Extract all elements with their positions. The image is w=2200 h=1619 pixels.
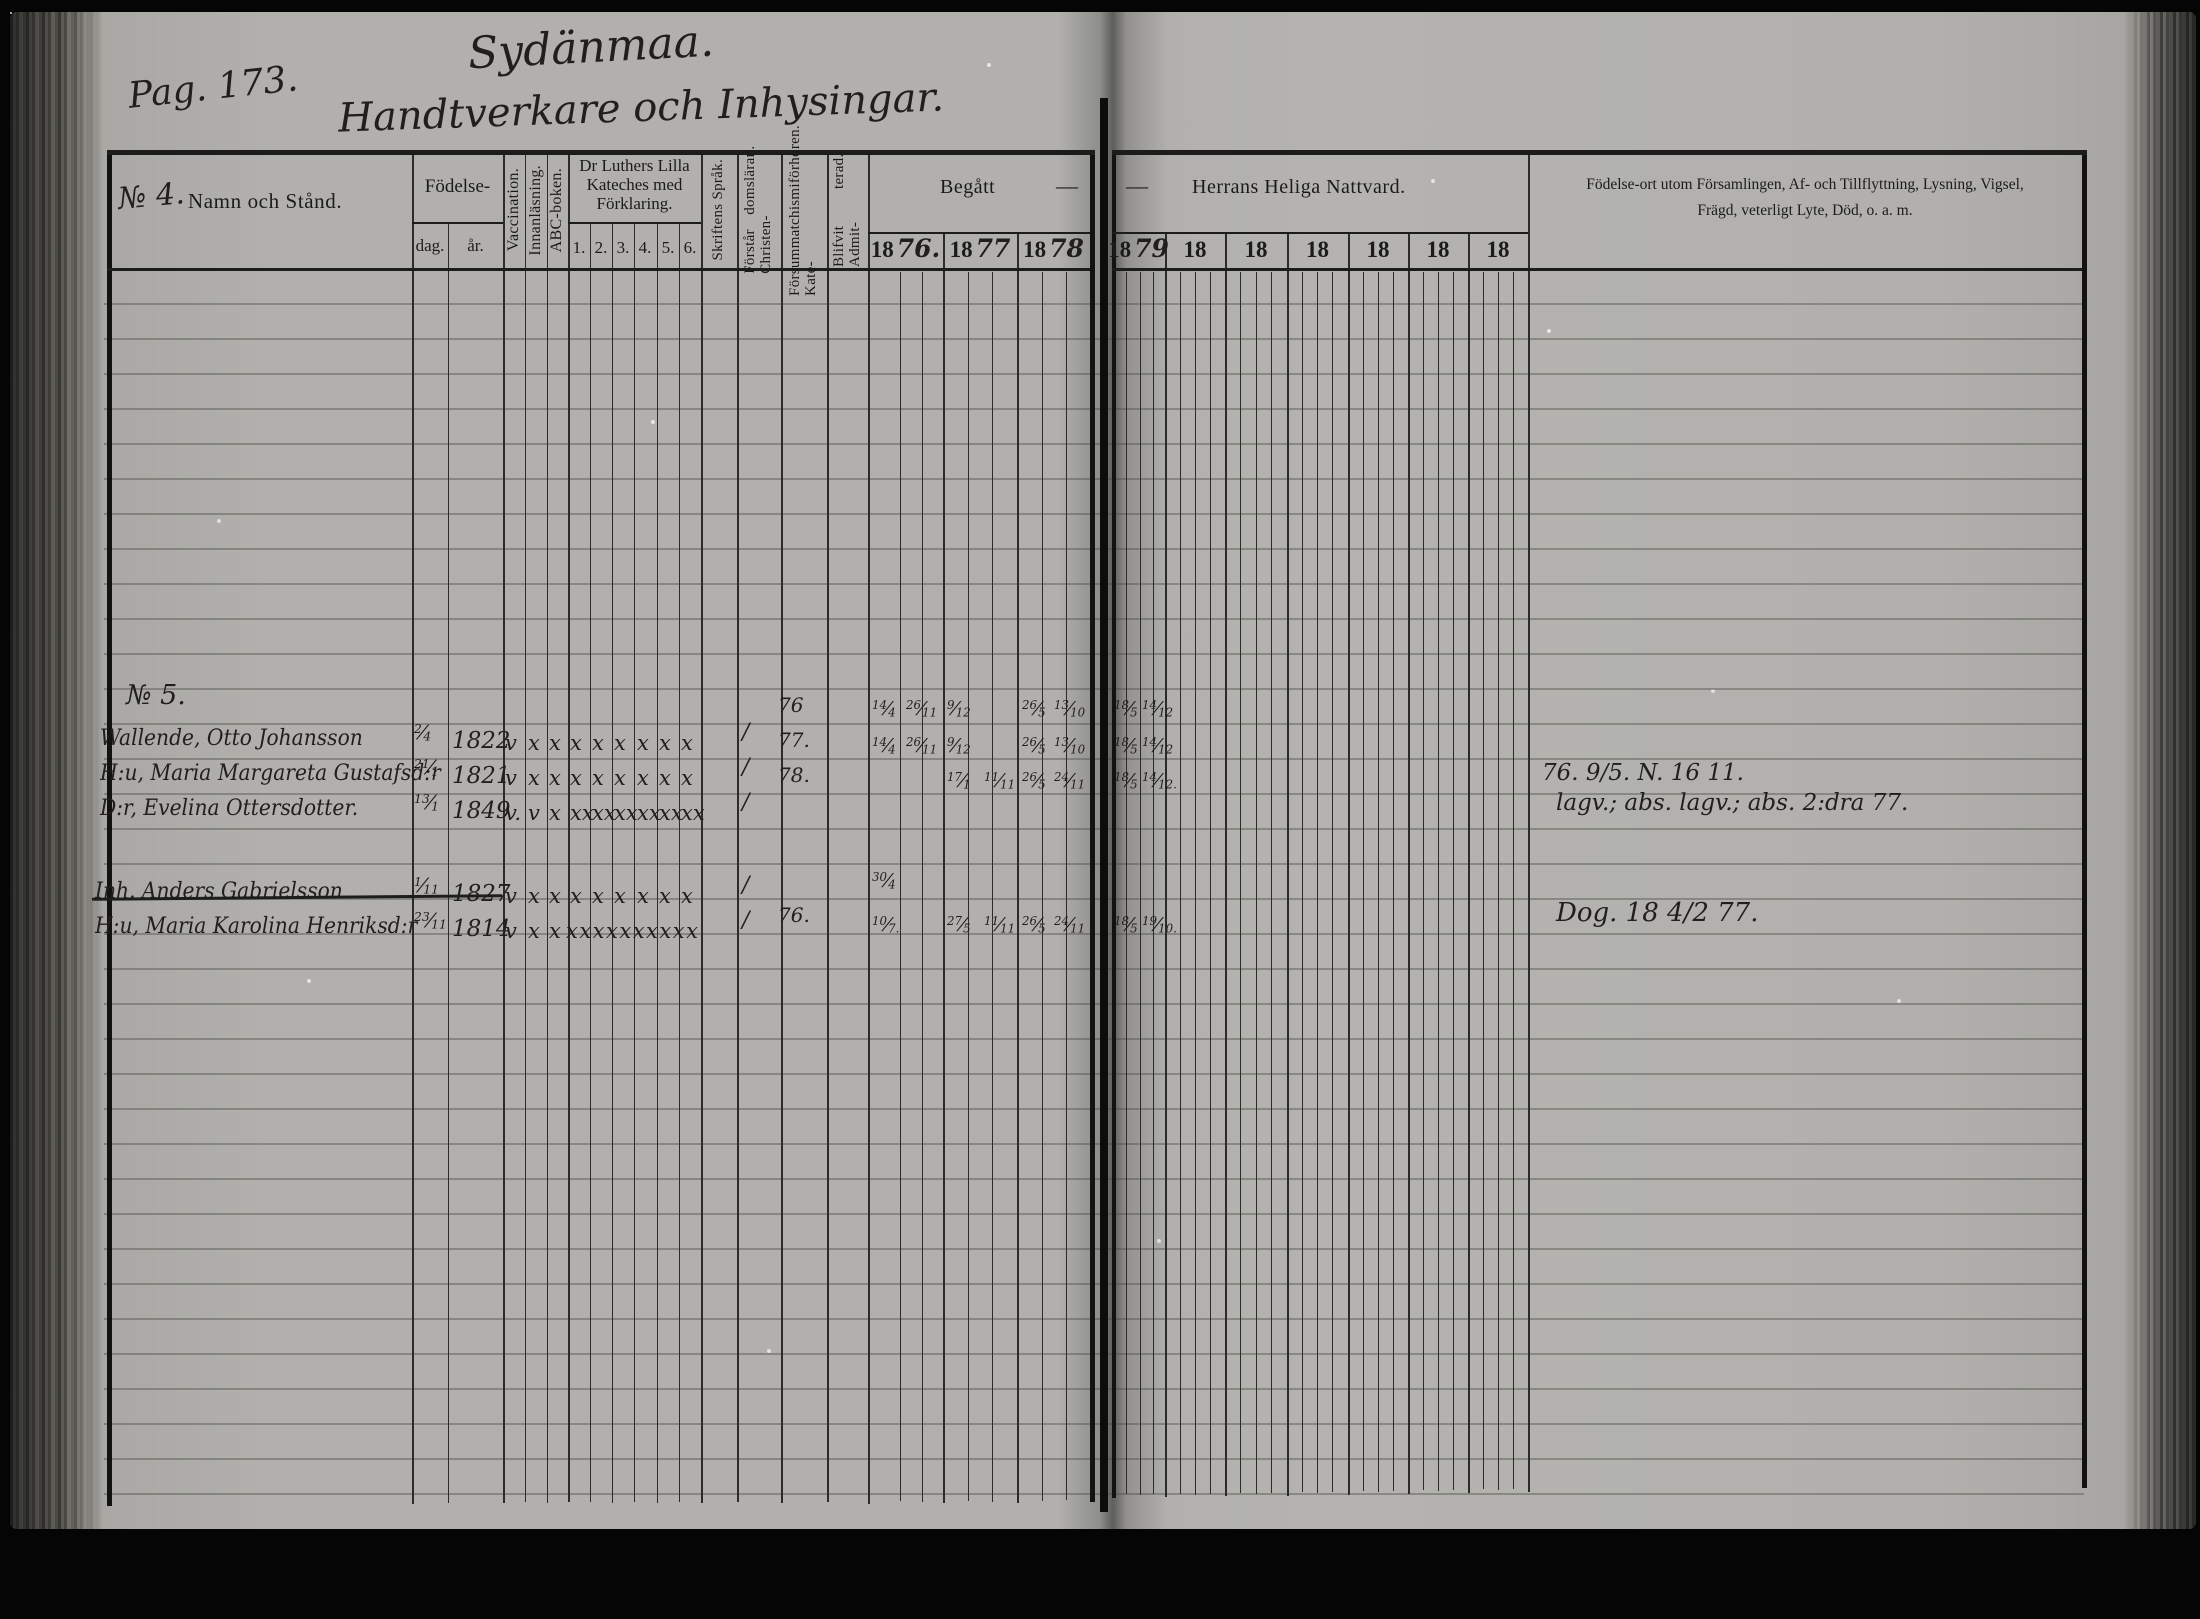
catechism-mark: x — [659, 768, 671, 789]
communion-year-header: 18 — [1348, 234, 1408, 266]
catechism-mark: x — [592, 886, 604, 907]
catechism-mark: x — [614, 733, 626, 754]
communion-year-header: 18 — [1408, 234, 1468, 266]
table-vertical-rule — [868, 150, 870, 1504]
header-exam-col-3: Blifvit Admit-terad. — [827, 153, 868, 267]
date-fraction: 26⁄5 — [1022, 700, 1046, 719]
table-vertical-rule — [525, 150, 526, 1502]
catechism-mark: x — [681, 733, 693, 754]
vertical-label: Försummat Kate-chismiförhören. — [788, 125, 820, 296]
year-handwritten: 78 — [1049, 236, 1084, 261]
missed-exam-year: 77. — [778, 730, 810, 750]
catechism-mark: x — [659, 886, 671, 907]
vaccination-mark: v — [505, 768, 517, 789]
communion-year-header: 18 — [1287, 234, 1348, 266]
table-vertical-rule — [1513, 272, 1514, 1489]
table-vertical-rule — [1140, 272, 1141, 1495]
date-fraction: 18⁄5 — [1114, 737, 1138, 756]
catechism-number-header: 6. — [679, 238, 701, 257]
catechism-number-header: 5. — [657, 238, 679, 257]
table-vertical-rule — [1165, 232, 1167, 1497]
understands-doctrine-mark: / — [742, 910, 749, 932]
date-fraction: 9⁄12 — [947, 700, 971, 719]
entry-name: H:u, Maria Margareta Gustafsd:r — [100, 763, 441, 785]
catechism-number-header: 2. — [590, 238, 612, 257]
header-vcol-abcboken: ABC-boken. — [547, 153, 568, 267]
table-vertical-rule — [1317, 272, 1318, 1493]
table-vertical-rule — [1180, 272, 1181, 1494]
catechism-mark: xx — [659, 803, 683, 824]
table-vertical-rule — [922, 272, 923, 1502]
abc-book-mark: x — [549, 921, 561, 942]
catechism-mark: xxxxxxxxxx — [566, 921, 699, 942]
table-vertical-rule — [1090, 150, 1095, 1502]
date-fraction: 26⁄11 — [906, 700, 937, 719]
table-horizontal-rule — [1112, 150, 2087, 155]
table-vertical-rule — [1483, 272, 1484, 1489]
name-column-header: Namn och Stånd. — [188, 190, 342, 214]
date-fraction: 13⁄10 — [1054, 737, 1085, 756]
margin-note: lagv.; abs. lagv.; abs. 2:dra 77. — [1556, 792, 1908, 815]
entry-name: H:u, Maria Karolina Henriksd:r — [95, 916, 417, 938]
date-fraction: 14⁄4 — [872, 700, 896, 719]
date-fraction: 26⁄11 — [906, 737, 937, 756]
communion-nattvard-label: Herrans Heliga Nattvard. — [1192, 176, 1406, 198]
table-horizontal-rule — [412, 222, 503, 224]
center-fold-line — [1100, 98, 1108, 1512]
vertical-label: ABC-boken. — [549, 168, 566, 252]
vertical-label: Skriftens Språk. — [711, 159, 727, 260]
date-fraction: 26⁄5 — [1022, 737, 1046, 756]
missed-exam-year: 78. — [778, 765, 810, 785]
catechism-mark: xx — [570, 803, 594, 824]
birth-day-header: dag. — [412, 236, 448, 255]
table-horizontal-rule — [1112, 268, 2082, 271]
year-printed: 18 — [1023, 237, 1046, 263]
margin-note: Dog. 18 4/2 77. — [1556, 900, 1758, 926]
table-vertical-rule — [1066, 272, 1067, 1500]
year-handwritten: 79 — [1134, 236, 1169, 261]
date-fraction: 18⁄5 — [1114, 772, 1138, 791]
date-fraction: 2⁄4 — [414, 722, 431, 743]
communion-year-header: 1876. — [868, 234, 943, 266]
catechism-mark: x — [637, 886, 649, 907]
table-vertical-rule — [612, 222, 613, 1503]
date-fraction: 13⁄1 — [414, 792, 439, 813]
year-printed: 18 — [1184, 237, 1207, 263]
vaccination-mark: v — [505, 886, 517, 907]
table-vertical-rule — [679, 222, 680, 1502]
table-horizontal-rule — [107, 268, 1090, 271]
table-vertical-rule — [448, 222, 449, 1503]
date-fraction: 11⁄11 — [984, 916, 1015, 935]
communion-year-header: 1877 — [943, 234, 1017, 266]
table-vertical-rule — [2082, 150, 2087, 1488]
header-vcol-innanlsning: Innanläsning. — [525, 153, 547, 267]
table-vertical-rule — [1017, 232, 1019, 1503]
table-vertical-rule — [634, 222, 635, 1502]
date-fraction: 14⁄4 — [872, 737, 896, 756]
date-fraction: 21⁄1 — [414, 757, 439, 778]
table-vertical-rule — [1363, 272, 1364, 1491]
catechism-mark: x — [681, 768, 693, 789]
table-vertical-rule — [943, 232, 945, 1503]
catechism-mark: x — [570, 768, 582, 789]
date-fraction: 23⁄11 — [414, 910, 447, 931]
year-printed: 18 — [1306, 237, 1329, 263]
catechism-mark: x — [681, 886, 693, 907]
table-vertical-rule — [992, 272, 993, 1502]
vertical-label: Blifvit Admit-terad. — [832, 153, 864, 267]
entry-birth-year: 1849 — [452, 800, 511, 823]
communion-dash-right: — — [1126, 174, 1148, 199]
date-fraction: 9⁄12 — [947, 737, 971, 756]
year-handwritten: 77 — [976, 236, 1011, 261]
communion-year-header: 1878 — [1017, 234, 1090, 266]
catechism-mark: xx — [592, 803, 616, 824]
entry-birth-year: 1821 — [452, 765, 511, 788]
table-vertical-rule — [1287, 232, 1289, 1496]
date-fraction: 1⁄11 — [414, 875, 439, 896]
table-vertical-rule — [1195, 272, 1196, 1495]
table-vertical-rule — [1332, 272, 1333, 1492]
table-vertical-rule — [1423, 272, 1424, 1490]
entry-name: D:r, Evelina Ottersdotter. — [100, 798, 358, 820]
understands-doctrine-mark: / — [742, 792, 749, 814]
communion-begatt-label: Begått — [940, 176, 995, 198]
catechism-mark: x — [637, 768, 649, 789]
vertical-label: Förstår Christen-domsläran. — [743, 146, 775, 274]
row-group-number: № 4. — [117, 179, 186, 215]
table-vertical-rule — [1271, 272, 1272, 1493]
table-vertical-rule — [1256, 272, 1257, 1494]
table-vertical-rule — [781, 150, 783, 1503]
vertical-label: Innanläsning. — [528, 165, 545, 256]
year-printed: 18 — [1245, 237, 1268, 263]
table-vertical-rule — [1348, 232, 1350, 1495]
reading-mark: v — [528, 803, 540, 824]
reading-mark: x — [528, 768, 540, 789]
reading-mark: x — [528, 733, 540, 754]
date-fraction: 14⁄12 — [1142, 700, 1173, 719]
communion-year-header: 18 — [1468, 234, 1528, 266]
header-exam-col-1: Förstår Christen-domsläran. — [737, 153, 781, 267]
date-fraction: 30⁄4 — [872, 872, 896, 891]
abc-book-mark: x — [549, 803, 561, 824]
catechism-mark: x — [592, 768, 604, 789]
communion-year-header: 18 — [1165, 234, 1225, 266]
header-vcol-vaccination: Vaccination. — [503, 153, 525, 267]
table-vertical-rule — [1378, 272, 1379, 1492]
table-vertical-rule — [547, 150, 548, 1503]
table-vertical-rule — [900, 272, 901, 1501]
year-printed: 18 — [950, 237, 973, 263]
vaccination-mark: v. — [505, 803, 521, 824]
notes-column-header: Födelse-ort utom Församlingen, Af- och T… — [1540, 172, 2070, 225]
date-fraction: 14⁄12 — [1142, 737, 1173, 756]
catechism-number-header: 3. — [612, 238, 634, 257]
year-handwritten: 76. — [897, 236, 941, 261]
catechism-mark: x — [637, 733, 649, 754]
date-fraction: 18⁄5 — [1114, 700, 1138, 719]
date-fraction: 13⁄10 — [1054, 700, 1085, 719]
table-vertical-rule — [568, 150, 570, 1502]
catechism-mark: x — [614, 768, 626, 789]
table-sheet: Pag. 173. Sydänmaa. Handtverkare och Inh… — [0, 0, 2200, 1619]
vaccination-mark: v — [505, 921, 517, 942]
catechism-mark: x — [570, 886, 582, 907]
catechism-mark: x — [592, 733, 604, 754]
table-vertical-rule — [827, 150, 829, 1502]
table-vertical-rule — [107, 150, 112, 1506]
year-printed: 18 — [1108, 237, 1131, 263]
reading-mark: x — [528, 886, 540, 907]
table-vertical-rule — [701, 150, 703, 1503]
year-printed: 18 — [1487, 237, 1510, 263]
table-vertical-rule — [1528, 150, 1530, 1492]
date-fraction: 11⁄11 — [984, 772, 1015, 791]
catechism-number-header: 4. — [634, 238, 656, 257]
date-fraction: 19⁄10. — [1142, 916, 1177, 935]
date-fraction: 27⁄5 — [947, 916, 971, 935]
table-vertical-rule — [968, 272, 969, 1501]
catechism-mark: xx — [681, 803, 705, 824]
catechism-mark: x — [659, 733, 671, 754]
catechism-number-header: 1. — [568, 238, 590, 257]
date-fraction: 24⁄11 — [1054, 772, 1085, 791]
understands-doctrine-mark: / — [742, 722, 749, 744]
understands-doctrine-mark: / — [742, 757, 749, 779]
understands-doctrine-mark: / — [742, 875, 749, 897]
date-fraction: 14⁄12. — [1142, 772, 1177, 791]
header-exam-col-2: Försummat Kate-chismiförhören. — [781, 153, 827, 267]
date-fraction: 10⁄7. — [872, 916, 899, 935]
abc-book-mark: x — [549, 768, 561, 789]
table-vertical-rule — [1126, 272, 1127, 1494]
abc-book-mark: x — [549, 733, 561, 754]
date-fraction: 17⁄1 — [947, 772, 971, 791]
table-vertical-rule — [1210, 272, 1211, 1494]
date-fraction: 26⁄5 — [1022, 916, 1046, 935]
table-vertical-rule — [590, 222, 591, 1502]
table-vertical-rule — [412, 150, 414, 1504]
table-vertical-rule — [503, 150, 505, 1503]
table-vertical-rule — [1042, 272, 1043, 1501]
page-subtitle-annotation: Handtverkare och Inhysingar. — [337, 77, 944, 138]
entry-name: Wallende, Otto Johansson — [100, 728, 363, 750]
page-number-annotation: Pag. 173. — [127, 61, 300, 115]
year-printed: 18 — [1427, 237, 1450, 263]
table-horizontal-rule — [568, 222, 701, 224]
table-vertical-rule — [1240, 272, 1241, 1493]
birth-year-header: år. — [448, 236, 503, 255]
table-vertical-rule — [657, 222, 658, 1503]
table-vertical-rule — [1225, 232, 1227, 1496]
scanned-parish-register: Pag. 173. Sydänmaa. Handtverkare och Inh… — [0, 0, 2200, 1619]
date-fraction: 24⁄11 — [1054, 916, 1085, 935]
table-vertical-rule — [1453, 272, 1454, 1490]
abc-book-mark: x — [549, 886, 561, 907]
birth-column-header: Födelse- — [412, 176, 503, 197]
margin-note: 76. 9/5. N. 16 11. — [1542, 762, 1744, 785]
table-vertical-rule — [1112, 150, 1116, 1498]
catechism-mark: x — [614, 886, 626, 907]
table-vertical-rule — [1498, 272, 1499, 1490]
communion-dash-left: — — [1056, 174, 1078, 199]
date-fraction: 26⁄5 — [1022, 772, 1046, 791]
missed-exam-year: 76. — [778, 905, 810, 925]
vertical-label: Vaccination. — [506, 168, 523, 251]
year-printed: 18 — [871, 237, 894, 263]
catechism-mark: xx — [637, 803, 661, 824]
table-vertical-rule — [1408, 232, 1410, 1494]
place-title-annotation: Sydänmaa. — [467, 20, 715, 77]
table-vertical-rule — [737, 150, 739, 1502]
catechism-mark: x — [570, 733, 582, 754]
entry-birth-year: 1822 — [452, 730, 511, 753]
year-printed: 18 — [1367, 237, 1390, 263]
entry-group-label: № 5. — [126, 682, 186, 709]
table-vertical-rule — [1438, 272, 1439, 1491]
communion-year-header: 1879 — [1112, 234, 1165, 266]
table-vertical-rule — [1393, 272, 1394, 1491]
table-vertical-rule — [1468, 232, 1470, 1493]
date-fraction: 18⁄5 — [1114, 916, 1138, 935]
catechism-mark: xx — [614, 803, 638, 824]
catechism-column-header: Dr Luthers Lilla Kateches med Förklaring… — [568, 156, 701, 213]
vaccination-mark: v — [505, 733, 517, 754]
communion-year-header: 18 — [1225, 234, 1287, 266]
entry-birth-year: 1814 — [452, 918, 511, 941]
table-vertical-rule — [1302, 272, 1303, 1492]
reading-mark: x — [528, 921, 540, 942]
missed-exam-year: 76 — [778, 695, 803, 715]
table-horizontal-rule — [107, 150, 1095, 155]
table-vertical-rule — [1153, 272, 1154, 1494]
header-exam-col-0: Skriftens Språk. — [701, 153, 737, 267]
